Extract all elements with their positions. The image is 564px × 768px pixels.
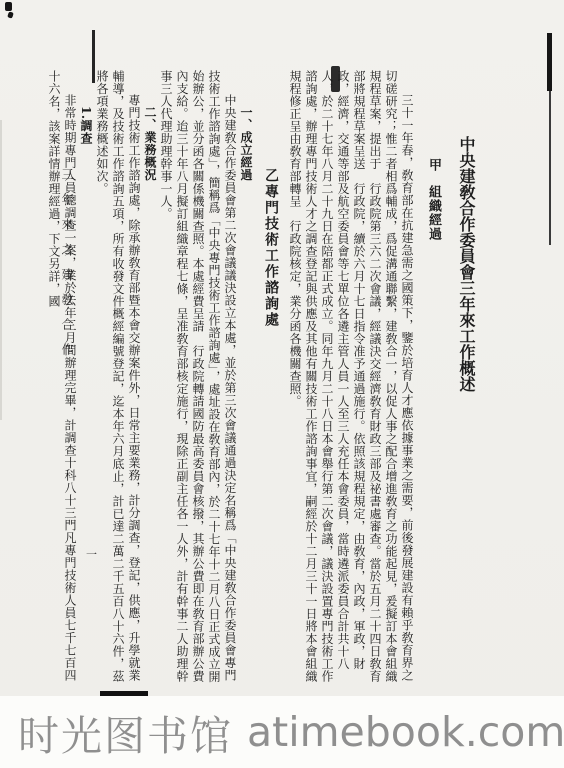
section-label-consultation-office: 專門技術工作諮詢處: [263, 184, 279, 328]
section-prefix-jia: 甲: [426, 158, 441, 172]
binding-rule-right-middle: [549, 91, 551, 245]
watermark-band: 时光图书馆 atimebook.com: [0, 696, 564, 768]
paragraph-establishment: 中央建敎合作委員會第二次會議議決設立本處，並於第三次會議通過決定名稱爲「中央建敎…: [158, 70, 238, 692]
subheading-survey: 1.調查: [78, 106, 94, 692]
section-heading-yi: 乙專門技術工作諮詢處: [261, 168, 281, 692]
paragraph-operations: 專門技術工作諮詢處，除承辦敎育部暨本會交辦案件外，日常主要業務，計分調查，登記，…: [94, 70, 142, 692]
watermark-site-url: atimebook.com: [247, 708, 564, 756]
binding-rule-right-top: [547, 33, 552, 91]
section-label-organization: 組織經過: [426, 185, 441, 241]
section-prefix-yi: 乙: [263, 168, 279, 184]
document-title: 中央建敎合作委員會三年來工作概述: [454, 136, 478, 692]
document-body: 中央建敎合作委員會三年來工作概述 甲組織經過 三十一年春，敎育部在抗建急需之國策…: [46, 70, 482, 692]
watermark-library-name: 时光图书馆: [18, 703, 233, 762]
subheading-establishment: 一、成立經過: [238, 106, 254, 692]
section-heading-jia: 甲組織經過: [424, 158, 442, 692]
paragraph-organization: 三十一年春，敎育部在抗建急需之國策下，鑒於培育人才應依據事業之需要，前後發展建設…: [287, 70, 415, 692]
paragraph-survey: 非常時期專門人員總調查一案，業於去年三月間辦理完畢，計調查十科八十三門凡專門技術…: [46, 70, 78, 692]
scan-smudge-left-edge: [0, 120, 2, 420]
subheading-operations: 二、業務概況: [142, 106, 158, 692]
ink-blob-top-left: [5, 2, 12, 11]
